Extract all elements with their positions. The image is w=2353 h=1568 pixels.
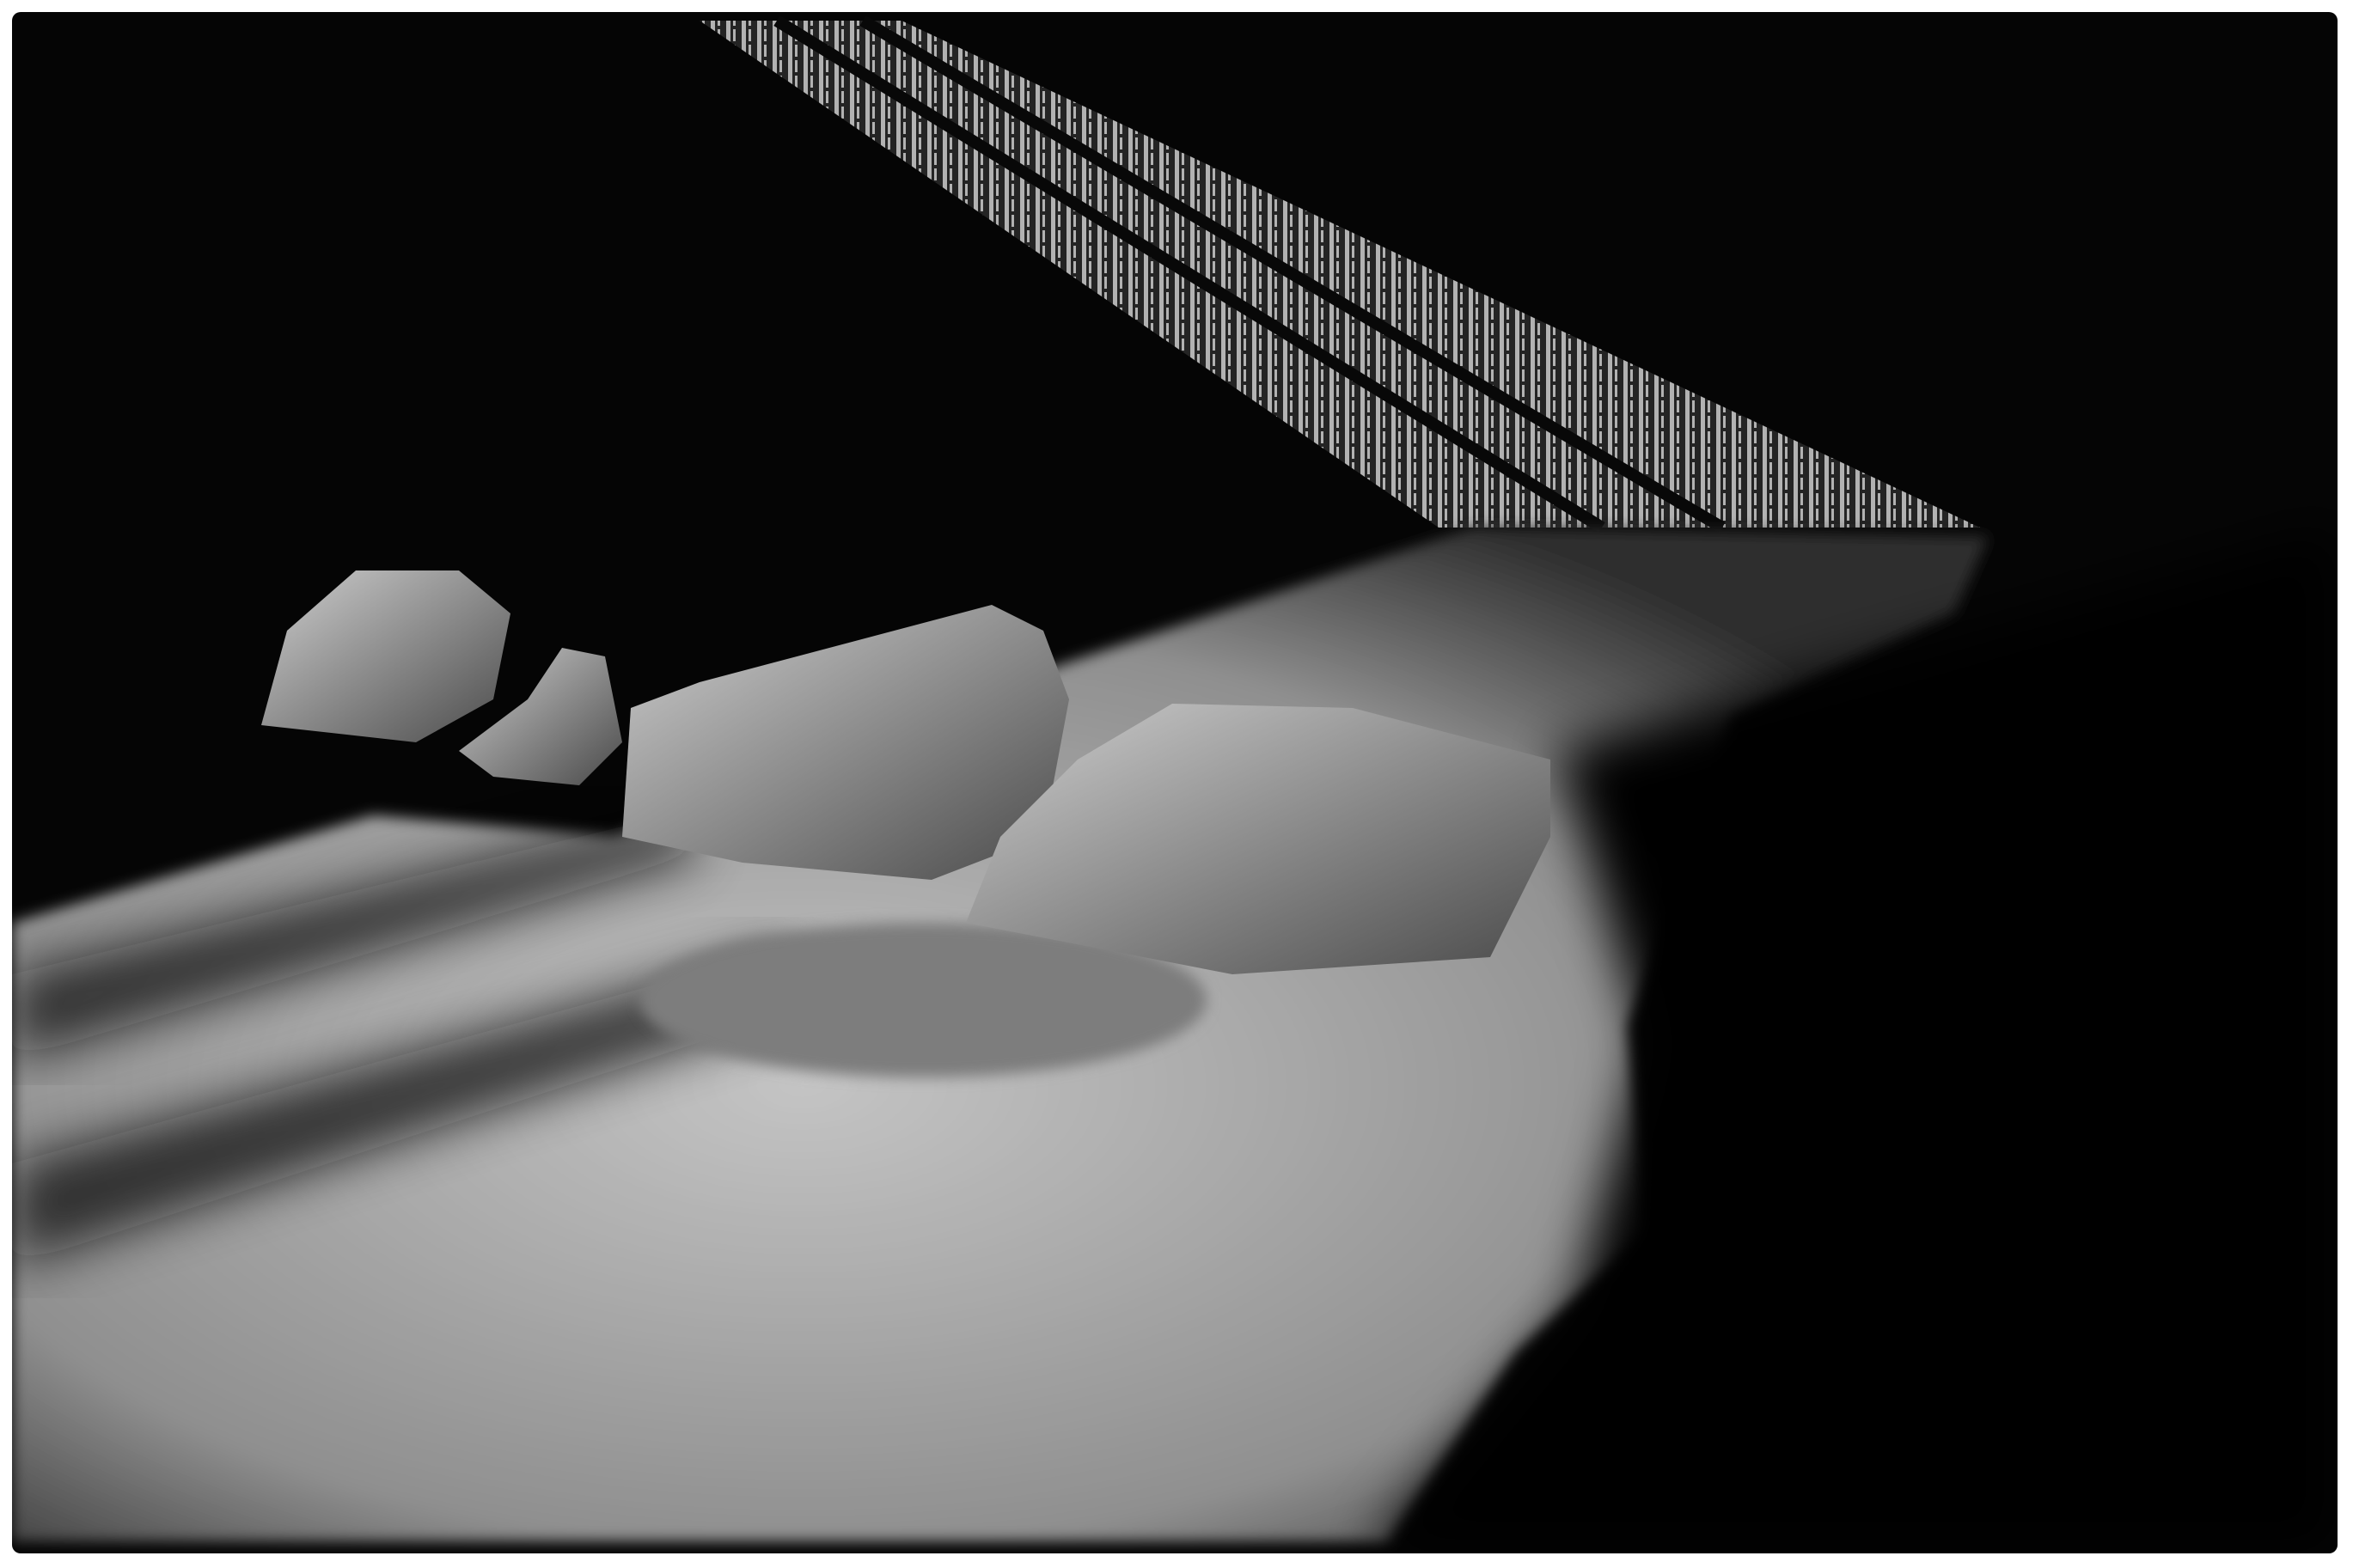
rock-left	[261, 570, 510, 742]
photo-scene	[12, 12, 2338, 1553]
photo	[12, 12, 2338, 1553]
